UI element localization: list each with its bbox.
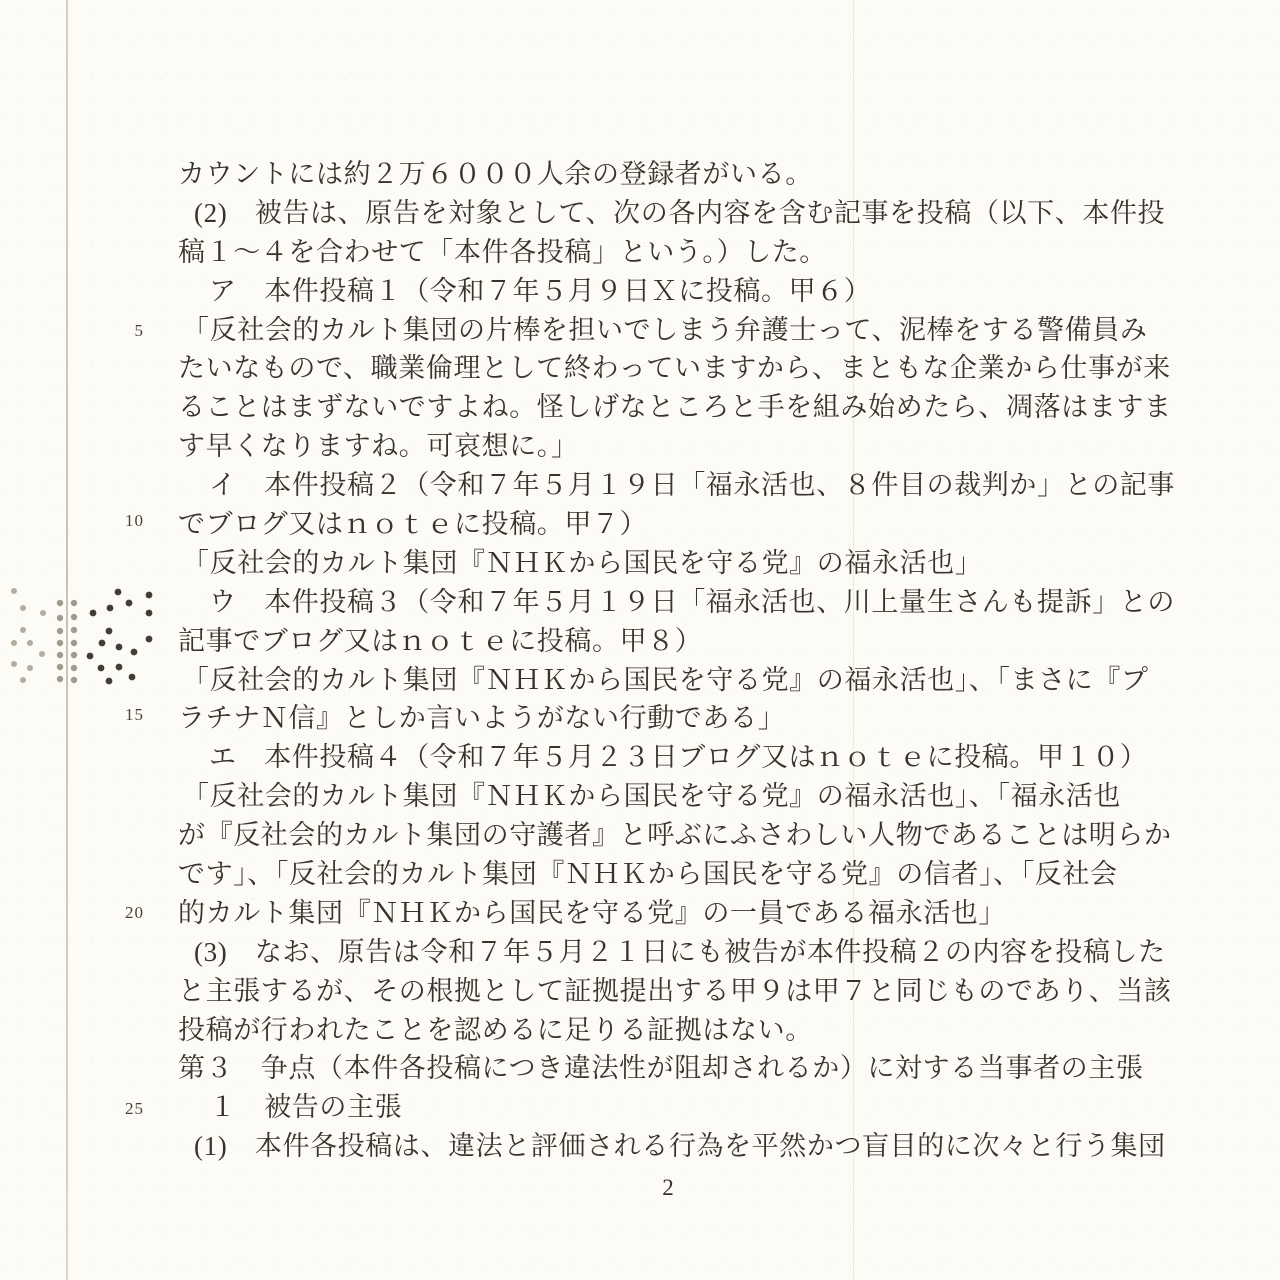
document-line: が『反社会的カルト集団の守護者』と呼ぶにふさわしい人物であることは明らか — [178, 816, 1178, 855]
document-line: (3) なお、原告は令和７年５月２１日にも被告が本件投稿２の内容を投稿した — [178, 933, 1178, 972]
document-line: 「反社会的カルト集団『ＮＨＫから国民を守る党』の福永活也」 — [178, 544, 1178, 583]
document-line: (2) 被告は、原告を対象として、次の各内容を含む記事を投稿（以下、本件投 — [178, 194, 1178, 233]
document-line: です」、「反社会的カルト集団『ＮＨＫから国民を守る党』の信者」、「反社会 — [178, 855, 1178, 894]
document-line: カウントには約２万６０００人余の登録者がいる。 — [178, 155, 1178, 194]
scanned-court-document-page: 5 10 15 20 25 カウントには約２万６０００人余の登録者がいる。 (2… — [0, 0, 1280, 1280]
document-line: エ 本件投稿４（令和７年５月２３日ブログ又はｎｏｔｅに投稿。甲１０） — [178, 738, 1178, 777]
margin-line-number-15: 15 — [104, 695, 144, 734]
document-line: たいなもので、職業倫理として終わっていますから、まともな企業から仕事が来 — [178, 349, 1178, 388]
document-line: (1) 本件各投稿は、違法と評価される行為を平然かつ盲目的に次々と行う集団 — [178, 1127, 1178, 1166]
document-line: 的カルト集団『ＮＨＫから国民を守る党』の一員である福永活也」 — [178, 894, 1178, 933]
document-line: 記事でブログ又はｎｏｔｅに投稿。甲８） — [178, 622, 1178, 661]
document-line: 稿１～４を合わせて「本件各投稿」という。）した。 — [178, 233, 1178, 272]
stamp-dot-pattern — [0, 580, 170, 695]
document-line: でブログ又はｎｏｔｅに投稿。甲７） — [178, 505, 1178, 544]
document-line: 「反社会的カルト集団の片棒を担いでしまう弁護士って、泥棒をする警備員み — [178, 311, 1178, 350]
document-line: す早くなりますね。可哀想に。」 — [178, 427, 1178, 466]
document-line: 「反社会的カルト集団『ＮＨＫから国民を守る党』の福永活也」、「福永活也 — [178, 777, 1178, 816]
page-number: 2 — [178, 1168, 1158, 1208]
margin-line-number-10: 10 — [104, 501, 144, 540]
document-line: ア 本件投稿１（令和７年５月９日Ｘに投稿。甲６） — [178, 272, 1178, 311]
margin-line-number-20: 20 — [104, 893, 144, 932]
margin-line-number-5: 5 — [104, 311, 144, 350]
document-line: ラチナＮ信』としか言いようがない行動である」 — [178, 699, 1178, 738]
document-line: イ 本件投稿２（令和７年５月１９日「福永活也、８件目の裁判か」との記事 — [178, 466, 1178, 505]
document-line: ることはまずないですよね。怪しげなところと手を組み始めたら、凋落はますま — [178, 388, 1178, 427]
document-line: 投稿が行われたことを認めるに足りる証拠はない。 — [178, 1011, 1178, 1050]
document-line: 第３ 争点（本件各投稿につき違法性が阻却されるか）に対する当事者の主張 — [178, 1049, 1178, 1088]
document-line: １ 被告の主張 — [178, 1088, 1178, 1127]
document-line: 「反社会的カルト集団『ＮＨＫから国民を守る党』の福永活也」、「まさに『プ — [178, 661, 1178, 700]
document-body: カウントには約２万６０００人余の登録者がいる。 (2) 被告は、原告を対象として… — [178, 155, 1178, 1166]
document-line: と主張するが、その根拠として証拠提出する甲９は甲７と同じものであり、当該 — [178, 972, 1178, 1011]
document-line: ウ 本件投稿３（令和７年５月１９日「福永活也、川上量生さんも提訴」との — [178, 583, 1178, 622]
margin-line-number-25: 25 — [104, 1089, 144, 1128]
